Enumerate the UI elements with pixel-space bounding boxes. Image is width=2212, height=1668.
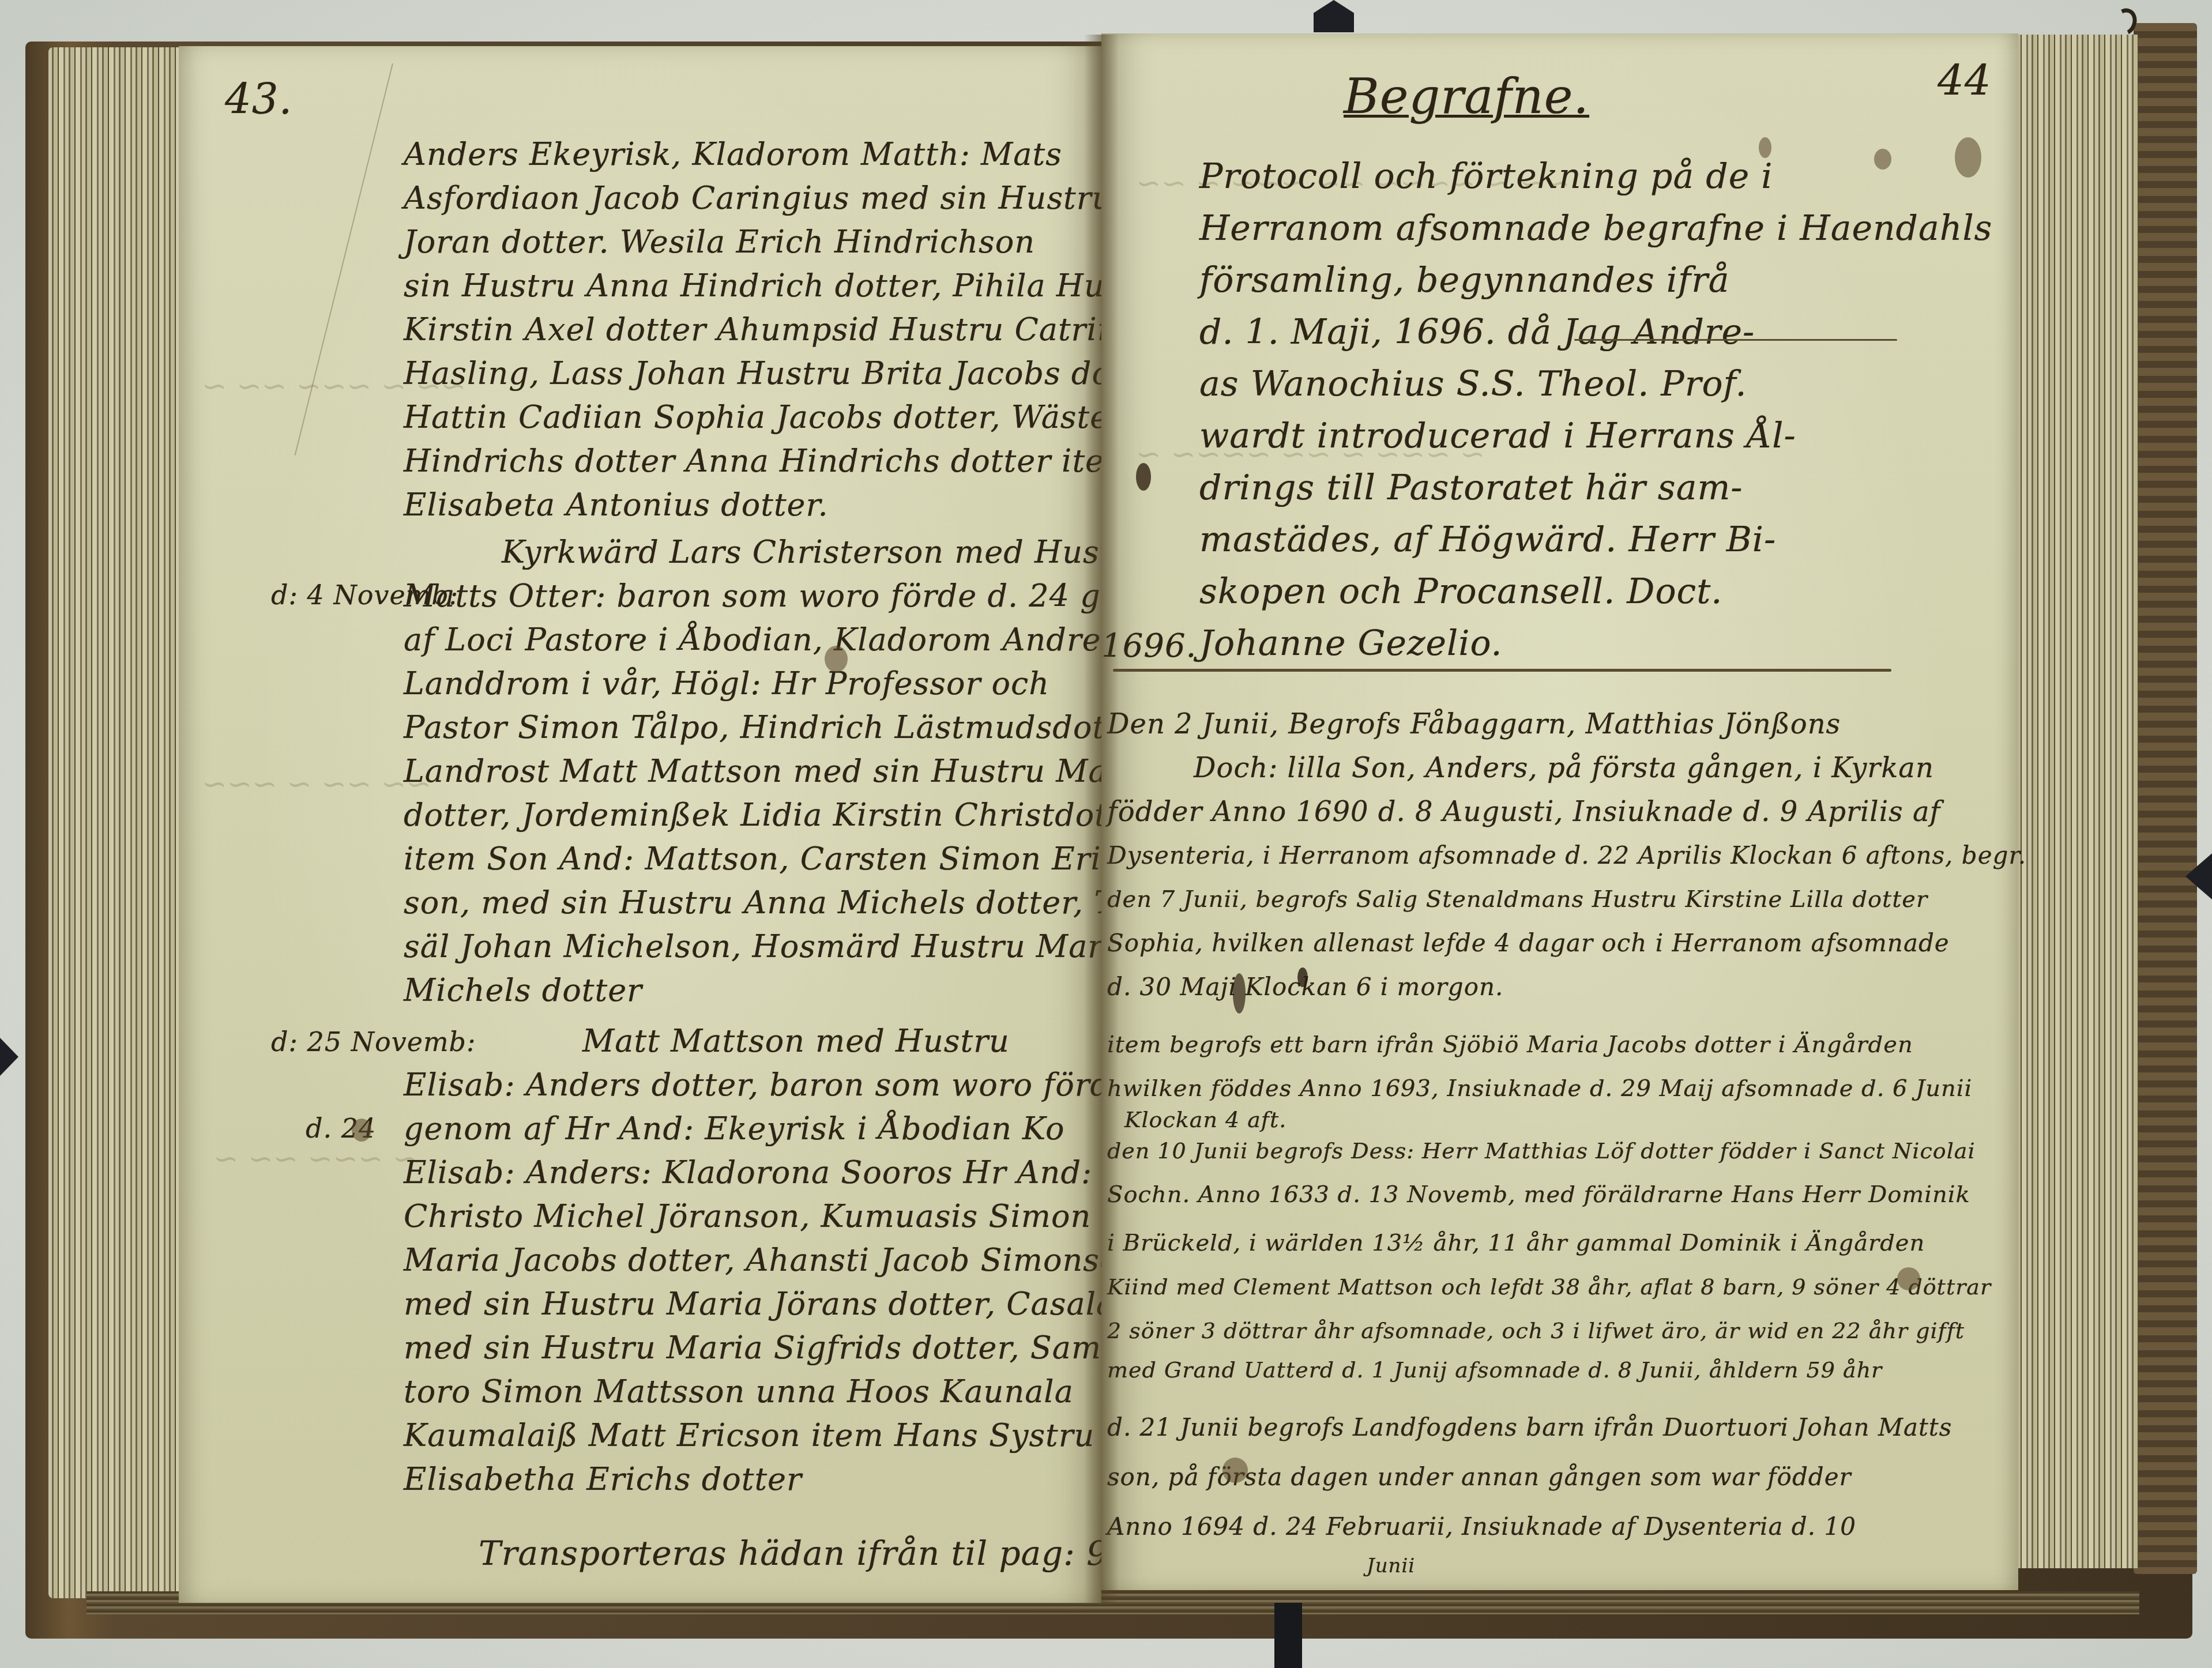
entry-line: med Grand Uatterd d. 1 Junij afsomnade d… — [1107, 1348, 1882, 1392]
intro-line: d. 1. Maji, 1696. då Jag Andre- — [1199, 310, 1755, 354]
text-line: genom af Hr And: Ekeyrisk i Åbodian Ko — [404, 1107, 1064, 1151]
text-line: säl Johan Michelson, Hosmärd Hustru Mari… — [404, 925, 1133, 969]
page-heading: Begrafne. — [1344, 68, 1589, 125]
margin-date-note: d: 25 Novemb: — [271, 1026, 476, 1057]
text-line: Kaumalaiß Matt Ericson item Hans Systru — [404, 1414, 1094, 1458]
intro-underline — [1574, 339, 1897, 341]
intro-line: mastädes, af Högwärd. Herr Bi- — [1199, 518, 1776, 562]
entry-line: Junii — [1367, 1544, 1415, 1588]
text-line: Elisab: Anders: Kladorona Sooros Hr And:… — [404, 1151, 1198, 1195]
entry-line: Den 2 Junii, Begrofs Fåbaggarn, Matthias… — [1107, 702, 1841, 746]
entry-line: d. 21 Junii begrofs Landfogdens barn ifr… — [1107, 1406, 1952, 1449]
entry-line: i Brückeld, i wärlden 13½ åhr, 11 åhr ga… — [1107, 1221, 1925, 1265]
intro-line: drings till Pastoratet här sam- — [1199, 466, 1743, 510]
ink-stain — [1874, 149, 1891, 170]
ink-stain — [1233, 973, 1246, 1014]
text-line: Elisabetha Erichs dotter — [404, 1458, 802, 1501]
transport-note: Transporteras hädan ifrån til pag: 97. — [479, 1534, 1141, 1573]
intro-line: församling, begynnandes ifrå — [1199, 258, 1730, 302]
ink-stain — [1759, 137, 1771, 158]
entry-line: Kiind med Clement Mattson och lefdt 38 å… — [1107, 1265, 1991, 1309]
ink-stain — [825, 646, 848, 672]
text-line: Michels dotter — [404, 969, 642, 1012]
text-line: Anders Ekeyrisk, Kladorom Matth: Mats — [404, 133, 1062, 176]
entry-line: Anno 1694 d. 24 Februarii, Insiuknade af… — [1107, 1505, 1856, 1549]
text-line: Hasling, Lass Johan Hustru Brita Jacobs … — [404, 352, 1172, 396]
entry-line: item begrofs ett barn ifrån Sjöbiö Maria… — [1107, 1023, 1913, 1067]
entry-line: Sochn. Anno 1633 d. 13 Novemb, med föräl… — [1107, 1173, 1970, 1217]
section-divider — [1113, 669, 1891, 672]
page-stack-right — [2011, 35, 2138, 1568]
left-page: ~~ ~ ~~~ ~~ ~ ~~ ~~ ~ ~~~ ~ ~~~ ~~ ~ 43.… — [179, 46, 1101, 1603]
text-line: Joran dotter. Wesila Erich Hindrichson — [404, 220, 1035, 264]
ink-stain — [1297, 967, 1308, 987]
ink-stain — [1897, 1267, 1920, 1290]
text-line: Asfordiaon Jacob Caringius med sin Hustr… — [404, 176, 1167, 220]
book-gutter — [1084, 35, 1119, 1603]
intro-line: as Wanochius S.S. Theol. Prof. — [1199, 362, 1747, 406]
text-line: af Loci Pastore i Åbodian, Kladorom Andr… — [404, 618, 1118, 662]
text-line: toro Simon Mattsson unna Hoos Kaunala — [404, 1370, 1074, 1414]
intro-line: wardt introducerad i Herrans Ål- — [1199, 414, 1796, 458]
intro-line: skopen och Procansell. Doct. — [1199, 570, 1722, 613]
text-line: sin Hustru Anna Hindrich dotter, Pihila … — [404, 264, 1134, 308]
entry-line: den 7 Junii, begrofs Salig Stenaldmans H… — [1107, 878, 1928, 921]
text-line: Kirstin Axel dotter Ahumpsid Hustru Catr… — [404, 308, 1137, 352]
entry-line: födder Anno 1690 d. 8 Augusti, Insiuknad… — [1107, 790, 1940, 834]
text-line: Pastor Simon Tålpo, Hindrich Lästmudsdot… — [404, 706, 1153, 750]
ink-stain — [1136, 463, 1151, 491]
entry-line: 2 söner 3 döttrar åhr afsomnade, och 3 i… — [1107, 1309, 1965, 1353]
entry-line: Doch: lilla Son, Anders, på första gånge… — [1194, 746, 1934, 790]
intro-line: Herranom afsomnade begrafne i Haendahls — [1199, 206, 1992, 250]
ink-stain — [1955, 137, 1981, 178]
entry-line: den 10 Junii begrofs Dess: Herr Matthias… — [1107, 1129, 1976, 1173]
text-line: Elisab: Anders dotter, baron som woro fö… — [404, 1063, 1130, 1107]
text-line: son, med sin Hustru Anna Michels dotter,… — [404, 881, 1167, 925]
text-line: Matt Mattson med Hustru — [582, 1019, 1010, 1063]
ink-stain — [1222, 1458, 1248, 1483]
entry-line: Dysenteria, i Herranom afsomnade d. 22 A… — [1107, 834, 2026, 878]
clamp-bottom — [1274, 1603, 1302, 1668]
ink-stain — [352, 1119, 371, 1142]
text-line: Matts Otter: baron som woro förde d. 24 … — [404, 574, 1190, 618]
entry-line: son, på första dagen under annan gången … — [1107, 1455, 1852, 1499]
bleed-through-text: ~~ ~~ ~ ~~~ — [202, 767, 431, 801]
book-cover-right-edge — [2134, 23, 2197, 1574]
text-line: Hattin Cadiian Sophia Jacobs dotter, Wäs… — [404, 396, 1109, 439]
text-line: Maria Jacobs dotter, Ahansti Jacob Simon… — [404, 1238, 1139, 1282]
intro-line: Protocoll och förtekning på de i — [1199, 155, 1773, 198]
bleed-through-text: ~ ~~~ ~~ ~ — [213, 1142, 418, 1176]
intro-line: Johanne Gezelio. — [1199, 622, 1503, 665]
right-page: ~~ ~ ~~~~ ~~ ~~~ ~ ~~ ~ ~~~ ~ ~~ ~~~~ ~ … — [1101, 33, 2018, 1590]
page-number: 44 — [1938, 57, 1992, 105]
text-line: Landdrom i vår, Högl: Hr Professor och — [404, 662, 1049, 706]
page-stack-left — [48, 47, 185, 1598]
page-number: 43. — [225, 75, 293, 123]
text-line: Elisabeta Antonius dotter. — [404, 483, 829, 527]
text-line: item Son And: Mattson, Carsten Simon Eri… — [404, 837, 1195, 881]
entry-line: Sophia, hvilken allenast lefde 4 dagar o… — [1107, 921, 1950, 965]
text-line: Christo Michel Jöranson, Kumuasis Simon — [404, 1195, 1091, 1238]
text-line: dotter, Jordeminßek Lidia Kirstin Christ… — [404, 793, 1156, 837]
